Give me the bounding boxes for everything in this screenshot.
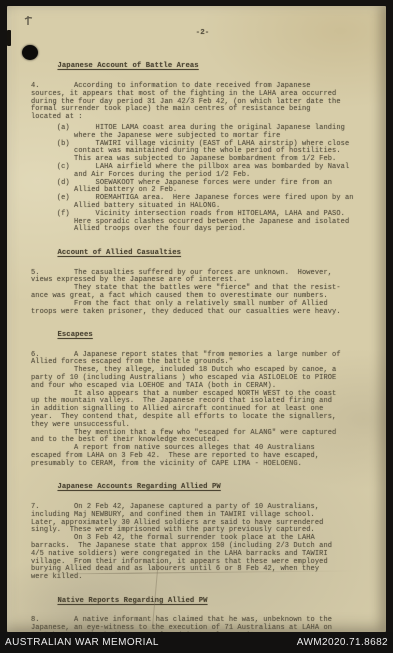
list-item-f: (f) Vicinity intersection roads from HIT…: [31, 211, 374, 234]
paragraph-6: 6. A Japanese report states that "from m…: [31, 352, 374, 469]
list-item-a: (a) HITOE LAMA coast area during the ori…: [31, 125, 374, 141]
scanned-document-photo: -2- Japanese Account of Battle Areas 4. …: [0, 0, 393, 653]
section-heading-japanese-accounts-pw: Japanese Accounts Regarding Allied PW: [31, 477, 374, 500]
page-number: -2-: [31, 30, 374, 38]
paragraph-5: 5. The casualties suffered by our forces…: [31, 270, 374, 317]
list-item-d: (d) SOEWAKOOT where Japanese forces were…: [31, 180, 374, 196]
list-item-e: (e) ROEMAHTIGA area. Here Japanese force…: [31, 195, 374, 211]
archive-org-label: AUSTRALIAN WAR MEMORIAL: [5, 637, 159, 648]
section-heading-native-reports-pw: Native Reports Regarding Allied PW: [31, 590, 374, 613]
hole-punch: [22, 45, 38, 60]
battle-area-list: (a) HITOE LAMA coast area during the ori…: [31, 125, 374, 234]
archive-footer-bar: AUSTRALIAN WAR MEMORIAL AWM2020.71.8682: [0, 632, 393, 653]
edge-mark: [7, 30, 11, 46]
section-heading-escapees: Escapees: [31, 324, 374, 347]
list-item-c: (c) LAHA airfield where the pillbox area…: [31, 164, 374, 180]
list-item-b: (b) TAWIRI village vicinity (EAST of LAH…: [31, 141, 374, 164]
paragraph-4: 4. According to information to date rece…: [31, 83, 374, 122]
section-heading-allied-casualties: Account of Allied Casualties: [31, 242, 374, 265]
section-heading-battle-areas: Japanese Account of Battle Areas: [31, 48, 374, 79]
document-paper: -2- Japanese Account of Battle Areas 4. …: [7, 6, 386, 632]
archive-reference-number: AWM2020.71.8682: [297, 637, 388, 648]
pencil-mark: [24, 15, 34, 27]
